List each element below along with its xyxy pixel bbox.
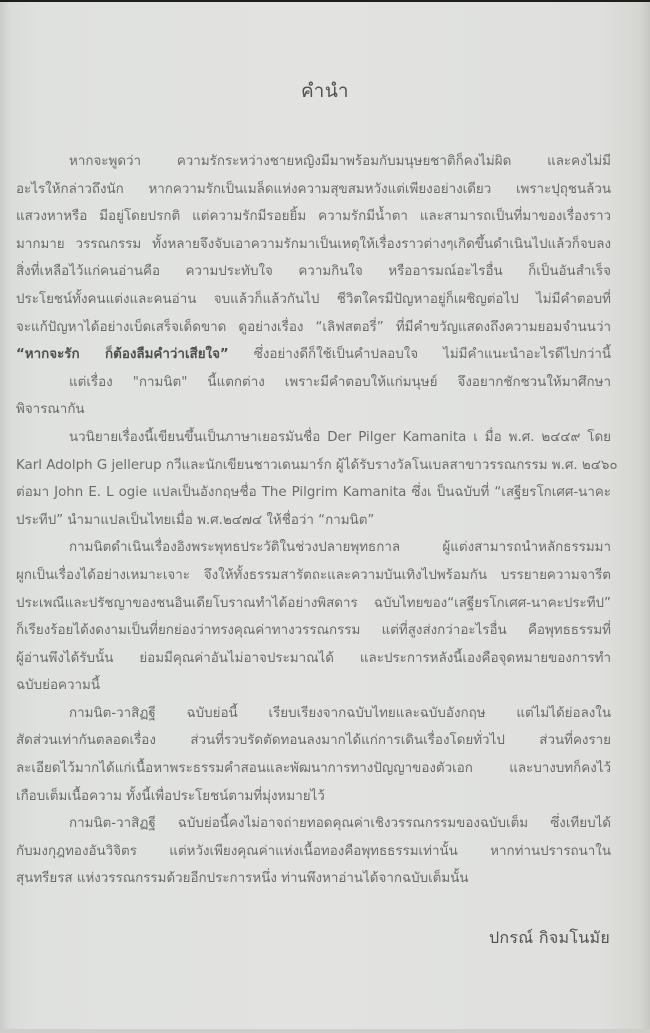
text-line: Karl Adolph G jellerup กวีและนักเขียนชาว… — [16, 452, 611, 480]
text-line: ประทีป” นำมาแปลเป็นไทยเมื่อ พ.ศ.๒๔๗๔ ให้… — [16, 507, 611, 535]
text-line: ผูกเป็นเรื่องได้อย่างเหมาะเจาะ จึงให้ทั้… — [16, 562, 611, 590]
paragraph-6: กามนิต-วาสิฏฐี ฉบับย่อนี้คงไม่อาจถ่ายทอด… — [16, 810, 611, 893]
book-page: คำนำ หากจะพูดว่า ความรักระหว่างชายหญิงมี… — [0, 0, 650, 1033]
text-line: ผู้อ่านพึงได้รับนั้น ย่อมมีคุณค่าอันไม่อ… — [16, 645, 611, 673]
text-line: จะแก้ปัญหาได้อย่างเบ็ดเสร็จเด็ดขาด ดูอย่… — [16, 314, 611, 342]
quote-continuation: ซึ่งอย่างดีก็ใช้เป็นคำปลอบใจ ไม่มีคำแนะน… — [229, 347, 611, 362]
author-signature: ปกรณ์ กิจมโนมัย — [489, 926, 610, 951]
paragraph-2: แต่เรื่อง "กามนิต" นี้แตกต่าง เพราะมีคำต… — [16, 369, 611, 424]
bold-quote: “หากจะรัก ก็ต้องลืมคำว่าเสียใจ” — [16, 347, 229, 362]
text-line: แต่เรื่อง "กามนิต" นี้แตกต่าง เพราะมีคำต… — [16, 369, 611, 397]
text-line: กับมงกุฎทองอันวิจิตร แต่หวังเพียงคุณค่าแ… — [16, 838, 611, 866]
text-line: สิ่งที่เหลือไว้แก่คนอ่านคือ ความประทับใจ… — [16, 258, 611, 286]
text-line: สุนทรียรส แห่งวรรณกรรมด้วยอีกประการหนึ่ง… — [16, 865, 611, 893]
text-line: กามนิต-วาสิฏฐี ฉบับย่อนี้ เรียบเรียงจากฉ… — [16, 700, 611, 728]
text-line: เกือบเต็มเนื้อความ ทั้งนี้เพื่อประโยชน์ต… — [16, 783, 611, 811]
text-line: ก็เรียงร้อยได้งดงามเป็นที่ยกย่องว่าทรงคุ… — [16, 617, 611, 645]
text-line: พิจารณากัน — [16, 396, 611, 424]
page-title: คำนำ — [0, 76, 650, 106]
text-line: ประโยชน์ทั้งคนแต่งและคนอ่าน จบแล้วก็แล้ว… — [16, 286, 611, 314]
text-line: มากมาย วรรณกรรม ทั้งหลายจึงจับเอาความรัก… — [16, 231, 611, 259]
preface-body: หากจะพูดว่า ความรักระหว่างชายหญิงมีมาพร้… — [16, 148, 611, 893]
text-line: อะไรให้กล่าวถึงนัก หากความรักเป็นเมล็ดแห… — [16, 176, 611, 204]
paragraph-1: หากจะพูดว่า ความรักระหว่างชายหญิงมีมาพร้… — [16, 148, 611, 369]
text-line: สัดส่วนเท่ากันตลอดเรื่อง ส่วนที่รวบรัดตั… — [16, 727, 611, 755]
text-line: ฉบับย่อความนี้ — [16, 672, 611, 700]
text-line: ประเพณีและปรัชญาของชนอินเดียโบราณทำได้อย… — [16, 590, 611, 618]
text-line: หากจะพูดว่า ความรักระหว่างชายหญิงมีมาพร้… — [16, 148, 611, 176]
text-line: นวนิยายเรื่องนี้เขียนขึ้นเป็นภาษาเยอรมัน… — [16, 424, 611, 452]
text-line: กามนิต-วาสิฏฐี ฉบับย่อนี้คงไม่อาจถ่ายทอด… — [16, 810, 611, 838]
paragraph-4: กามนิตดำเนินเรื่องอิงพระพุทธประวัติในช่ว… — [16, 534, 611, 700]
paragraph-5: กามนิต-วาสิฏฐี ฉบับย่อนี้ เรียบเรียงจากฉ… — [16, 700, 611, 810]
text-line: แสวงหาหรือ มีอยู่โดยปรกติ แต่ความรักมีรอ… — [16, 203, 611, 231]
text-line: กามนิตดำเนินเรื่องอิงพระพุทธประวัติในช่ว… — [16, 534, 611, 562]
text-line: ต่อมา John E. L ogie แปลเป็นอังกฤษชื่อ T… — [16, 479, 611, 507]
text-line: ละเอียดไว้มากได้แก่เนื้อหาพระธรรมคำสอนแล… — [16, 755, 611, 783]
text-line-with-quote: “หากจะรัก ก็ต้องลืมคำว่าเสียใจ” ซึ่งอย่า… — [16, 341, 611, 369]
paragraph-3: นวนิยายเรื่องนี้เขียนขึ้นเป็นภาษาเยอรมัน… — [16, 424, 611, 534]
